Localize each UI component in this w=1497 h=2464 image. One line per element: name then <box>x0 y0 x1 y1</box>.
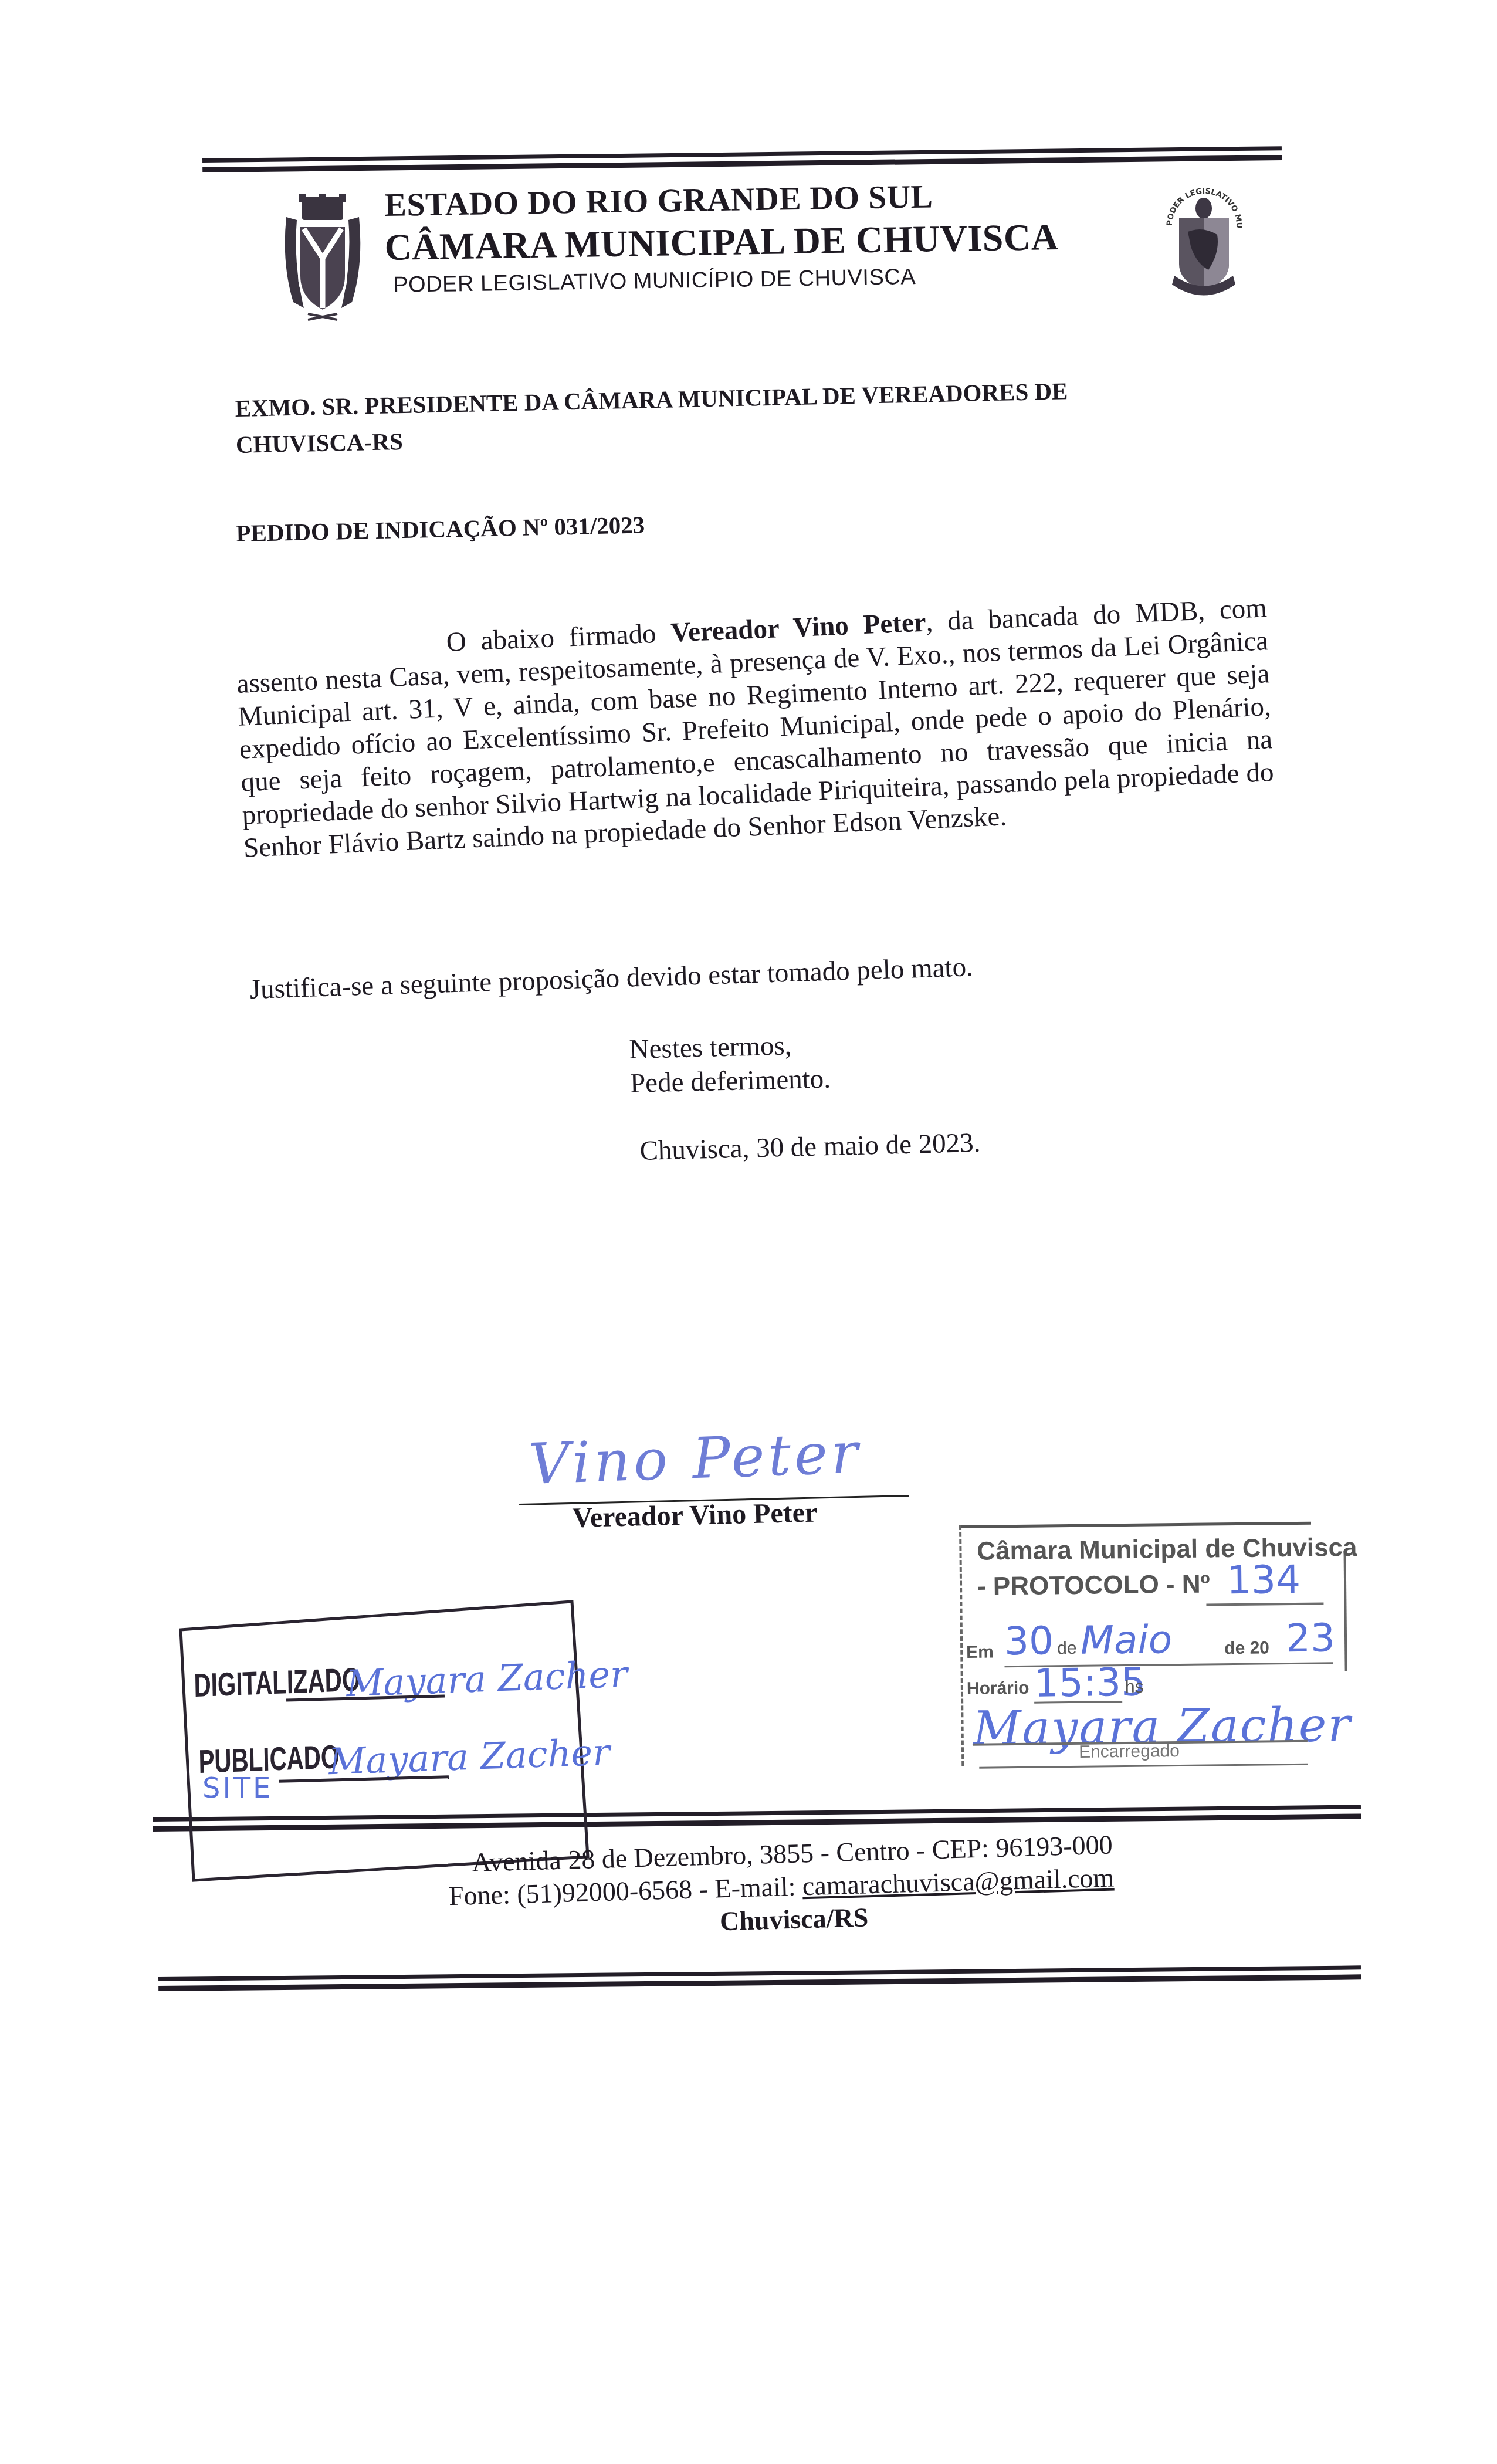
footer-bottom-rule <box>158 1965 1361 1992</box>
footer: Avenida 28 de Dezembro, 3855 - Centro - … <box>411 1827 1176 1947</box>
stamp-signer-role: Encarregado <box>1079 1741 1180 1762</box>
closing-line-1: Nestes termos, <box>629 1028 830 1067</box>
document-page: ESTADO DO RIO GRANDE DO SUL CÂMARA MUNIC… <box>0 0 1497 2464</box>
stamp-border <box>959 1525 966 1766</box>
letterhead-chamber: CÂMARA MUNICIPAL DE CHUVISCA <box>384 215 1059 269</box>
header-top-rule <box>202 146 1282 174</box>
stamp-year-label: de 20 <box>1224 1638 1269 1659</box>
coat-of-arms-icon <box>276 194 370 323</box>
closing-line-2: Pede deferimento. <box>629 1062 831 1101</box>
stamp-em-label: Em <box>966 1642 994 1662</box>
letterhead-state: ESTADO DO RIO GRANDE DO SUL <box>384 178 933 224</box>
stamp-border <box>1344 1553 1347 1671</box>
request-body: O abaixo firmado Vereador Vino Peter, da… <box>235 591 1276 864</box>
publicado-note: SITE <box>202 1772 273 1805</box>
protocol-month: Maio <box>1081 1617 1173 1663</box>
request-title: PEDIDO DE INDICAÇÃO Nº 031/2023 <box>236 510 645 547</box>
protocol-day: 30 <box>1004 1618 1054 1664</box>
handwritten-signature: Vino Peter <box>528 1420 862 1497</box>
justification: Justifica-se a seguinte proposição devid… <box>249 951 973 1006</box>
signer-name: Vereador Vino Peter <box>572 1497 818 1534</box>
stamp-time-label: Horário <box>967 1678 1029 1699</box>
protocol-stamp: Câmara Municipal de Chuvisca - PROTOCOLO… <box>959 1522 1325 1772</box>
protocol-number: 134 <box>1227 1557 1301 1603</box>
legislative-seal-icon: PODER LEGISLATIVO MUNICIPAL <box>1161 176 1244 299</box>
stamp-underline <box>979 1764 1308 1769</box>
footer-email-link[interactable]: camarachuvisca@gmail.com <box>802 1863 1115 1901</box>
closing: Nestes termos, Pede deferimento. <box>629 1028 831 1101</box>
stamp-hs-label: hs <box>1125 1677 1144 1697</box>
letterhead-subtitle: PODER LEGISLATIVO MUNICÍPIO DE CHUVISCA <box>393 265 916 298</box>
stamp-protocol-label: - PROTOCOLO - Nº <box>977 1570 1210 1602</box>
addressee: EXMO. SR. PRESIDENTE DA CÂMARA MUNICIPAL… <box>235 370 1204 463</box>
stamp-de-label: de <box>1057 1639 1077 1659</box>
date-line: Chuvisca, 30 de maio de 2023. <box>639 1127 981 1167</box>
stamp-border <box>959 1522 1311 1528</box>
protocol-year: 23 <box>1286 1615 1336 1661</box>
publicado-signature: Mayara Zacher <box>328 1731 611 1783</box>
stamp-underline <box>1206 1603 1323 1606</box>
digital-stamp: DIGITALIZADO Mayara Zacher PUBLICADO May… <box>170 1584 616 1889</box>
